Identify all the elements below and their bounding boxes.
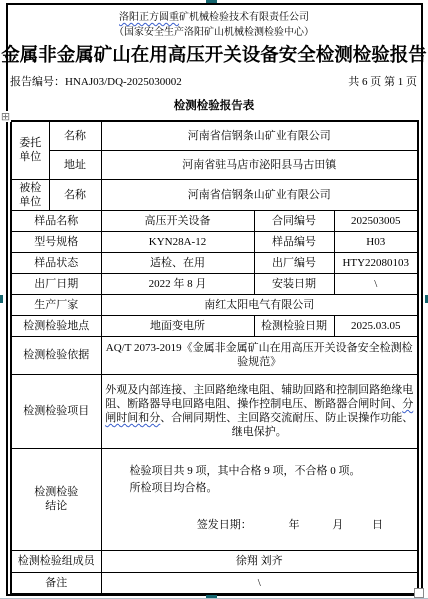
model-value: KYN28A-12	[101, 231, 254, 252]
sample-state-value: 适检、在用	[101, 252, 254, 273]
factory-no-label: 出厂编号	[254, 252, 334, 273]
client-name-value: 河南省信钢条山矿业有限公司	[101, 121, 418, 150]
client-name-label: 名称	[49, 121, 101, 150]
table-row: 检测检验依据 AQ/T 2073-2019《金属非金属矿山在用高压开关设备安全检…	[11, 336, 418, 374]
inspection-date-value: 2025.03.05	[334, 315, 418, 336]
basis-label: 检测检验依据	[11, 336, 101, 374]
company-name-marked: 洛阳正方圆重	[119, 12, 179, 23]
items-text-pre: 外观及内部连接、主回路绝缘电阻、辅助回路和控制回路绝缘电阻、断路器导电回路电阻、…	[105, 384, 413, 410]
location-label: 检测检验地点	[11, 315, 101, 336]
pagination: 共 6 页 第 1 页	[348, 74, 417, 90]
sign-year-label: 年	[289, 517, 300, 534]
table-row: 出厂日期 2022 年 8 月 安装日期 \	[11, 273, 418, 294]
install-date-value: \	[334, 273, 418, 294]
conclusion-label-line2: 结论	[14, 499, 99, 513]
mfg-date-value: 2022 年 8 月	[101, 273, 254, 294]
table-row: 样品名称 高压开关设备 合同编号 202503005	[11, 210, 418, 231]
factory-no-value: HTY22080103	[334, 252, 418, 273]
sign-date-label: 签发日期：	[197, 517, 252, 534]
table-row: 被检单位 名称 河南省信钢条山矿业有限公司	[11, 179, 418, 210]
model-label: 型号规格	[11, 231, 101, 252]
client-addr-value: 河南省驻马店市泌阳县马古田镇	[101, 150, 418, 179]
company-name-rest: 矿机械检验技术有限责任公司	[179, 12, 309, 23]
manufacturer-value: 南红太阳电气有限公司	[101, 294, 418, 315]
table-row: 备注 \	[11, 572, 418, 594]
company-name-line: 洛阳正方圆重矿机械检验技术有限责任公司	[0, 10, 428, 25]
contract-no-label: 合同编号	[254, 210, 334, 231]
conclusion-label: 检测检验 结论	[11, 448, 101, 550]
team-value: 徐翔 刘齐	[101, 550, 418, 572]
items-label: 检测检验项目	[11, 374, 101, 448]
table-move-handle-icon[interactable]: ⊞	[0, 111, 11, 122]
sample-name-value: 高压开关设备	[101, 210, 254, 231]
table-row: 委托单位 名称 河南省信钢条山矿业有限公司	[11, 121, 418, 150]
conclusion-line2: 所检项目均合格。	[130, 480, 416, 497]
table-row: 生产厂家 南红太阳电气有限公司	[11, 294, 418, 315]
sample-state-label: 样品状态	[11, 252, 101, 273]
items-text-post: 、合闸同期性、主回路交流耐压、防止误操作功能、继电保护。	[160, 412, 413, 438]
page-content: 洛阳正方圆重矿机械检验技术有限责任公司 （国家安全生产洛阳矿山机械检测检验中心）…	[0, 0, 428, 595]
manufacturer-label: 生产厂家	[11, 294, 101, 315]
sign-date-line: 签发日期： 年 月 日	[130, 517, 416, 534]
sample-no-label: 样品编号	[254, 231, 334, 252]
center-name-line: （国家安全生产洛阳矿山机械检测检验中心）	[0, 25, 428, 40]
table-row: 检测检验地点 地面变电所 检测检验日期 2025.03.05	[11, 315, 418, 336]
inspection-report-table: 委托单位 名称 河南省信钢条山矿业有限公司 地址 河南省驻马店市泌阳县马古田镇 …	[10, 120, 419, 595]
remark-label: 备注	[11, 572, 101, 594]
inspected-group-label: 被检单位	[11, 179, 49, 210]
inspected-name-value: 河南省信钢条山矿业有限公司	[101, 179, 418, 210]
selection-handle-top[interactable]	[206, 0, 217, 3]
client-addr-label: 地址	[49, 150, 101, 179]
sample-name-label: 样品名称	[11, 210, 101, 231]
location-value: 地面变电所	[101, 315, 254, 336]
sample-no-value: H03	[334, 231, 418, 252]
table-row: 检测检验 结论 检验项目共 9 项，其中合格 9 项，不合格 0 项。 所检项目…	[11, 448, 418, 550]
conclusion-cell: 检验项目共 9 项，其中合格 9 项，不合格 0 项。 所检项目均合格。 签发日…	[101, 448, 418, 550]
contract-no-value: 202503005	[334, 210, 418, 231]
inspected-name-label: 名称	[49, 179, 101, 210]
conclusion-line1: 检验项目共 9 项，其中合格 9 项，不合格 0 项。	[130, 463, 416, 480]
selection-handle-left[interactable]	[0, 295, 3, 303]
install-date-label: 安装日期	[254, 273, 334, 294]
report-number-row: 报告编号：HNAJ03/DQ-2025030002 共 6 页 第 1 页	[10, 74, 417, 90]
sign-day-label: 日	[372, 517, 383, 534]
items-value: 外观及内部连接、主回路绝缘电阻、辅助回路和控制回路绝缘电阻、断路器导电回路电阻、…	[101, 374, 418, 448]
table-caption: 检测检验报告表	[0, 98, 428, 114]
remark-value: \	[101, 572, 418, 594]
table-row: 检测检验组成员 徐翔 刘齐	[11, 550, 418, 572]
inspection-date-label: 检测检验日期	[254, 315, 334, 336]
mfg-date-label: 出厂日期	[11, 273, 101, 294]
table-row: 检测检验项目 外观及内部连接、主回路绝缘电阻、辅助回路和控制回路绝缘电阻、断路器…	[11, 374, 418, 448]
sign-month-label: 月	[332, 517, 343, 534]
table-row: 样品状态 适检、在用 出厂编号 HTY22080103	[11, 252, 418, 273]
table-row: 地址 河南省驻马店市泌阳县马古田镇	[11, 150, 418, 179]
conclusion-label-line1: 检测检验	[14, 485, 99, 499]
report-number: 报告编号：HNAJ03/DQ-2025030002	[10, 74, 182, 90]
basis-value: AQ/T 2073-2019《金属非金属矿山在用高压开关设备安全检测检验规范》	[101, 336, 418, 374]
table-row: 型号规格 KYN28A-12 样品编号 H03	[11, 231, 418, 252]
client-group-label: 委托单位	[11, 121, 49, 179]
report-title: 金属非金属矿山在用高压开关设备安全检测检验报告	[0, 42, 428, 70]
selection-handle-corner[interactable]	[414, 588, 424, 598]
team-label: 检测检验组成员	[11, 550, 101, 572]
document-page: 洛阳正方圆重矿机械检验技术有限责任公司 （国家安全生产洛阳矿山机械检测检验中心）…	[0, 0, 428, 599]
